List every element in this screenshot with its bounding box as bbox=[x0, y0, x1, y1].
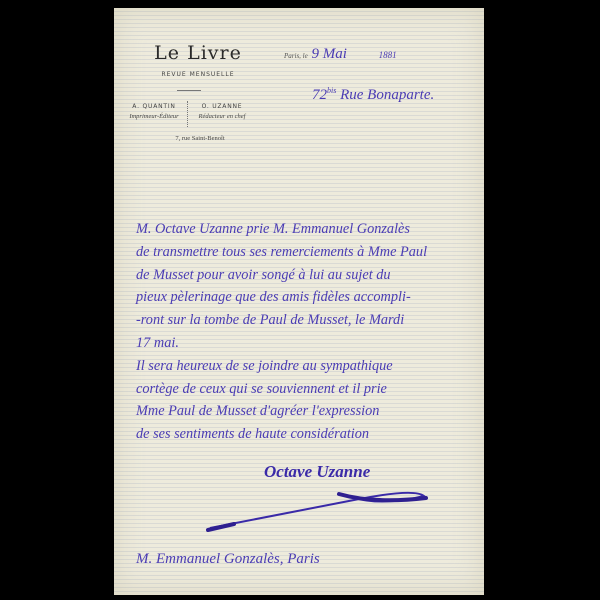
letterhead-address: 7, rue Saint-Benoît bbox=[140, 135, 260, 142]
dateline-prefix: Paris, le bbox=[284, 52, 308, 60]
letterhead-editor: O. UZANNE Rédacteur en chef bbox=[192, 103, 252, 120]
address-suffix: bis bbox=[327, 86, 336, 95]
address-street: Rue Bonaparte. bbox=[340, 87, 434, 103]
body-line: Mme Paul de Musset d'agréer l'expression bbox=[136, 400, 476, 423]
body-line: de ses sentiments de haute considération bbox=[136, 423, 476, 446]
dateline-year: 1881 bbox=[379, 50, 397, 60]
body-line: de transmettre tous ses remerciements à … bbox=[136, 241, 476, 264]
letterhead-subtitle: REVUE MENSUELLE bbox=[138, 71, 258, 78]
publisher-role: Imprimeur-Éditeur bbox=[124, 113, 184, 120]
sender-address: 72bis Rue Bonaparte. bbox=[312, 86, 434, 104]
body-line: M. Octave Uzanne prie M. Emmanuel Gonzal… bbox=[136, 218, 476, 241]
letterhead-publisher: A. QUANTIN Imprimeur-Éditeur bbox=[124, 103, 184, 120]
editor-role: Rédacteur en chef bbox=[192, 113, 252, 120]
dateline: Paris, le 9 Mai 1881 bbox=[284, 46, 397, 63]
body-line: de Musset pour avoir songé à lui au suje… bbox=[136, 264, 476, 287]
letterhead-column-divider bbox=[187, 101, 188, 127]
body-line: 17 mai. bbox=[136, 332, 476, 355]
publisher-name: A. QUANTIN bbox=[124, 103, 184, 110]
letter-paper: Le Livre REVUE MENSUELLE A. QUANTIN Impr… bbox=[114, 8, 484, 595]
body-line: cortège de ceux qui se souviennent et il… bbox=[136, 378, 476, 401]
signature-flourish bbox=[204, 478, 444, 538]
address-number: 72 bbox=[312, 87, 327, 103]
dateline-date: 9 Mai bbox=[311, 46, 346, 62]
letterhead-title: Le Livre bbox=[138, 42, 258, 64]
recipient: M. Emmanuel Gonzalès, Paris bbox=[136, 551, 320, 568]
body-line: Il sera heureux de se joindre au sympath… bbox=[136, 355, 476, 378]
letter-body: M. Octave Uzanne prie M. Emmanuel Gonzal… bbox=[136, 218, 476, 446]
body-line: pieux pèlerinage que des amis fidèles ac… bbox=[136, 286, 476, 309]
body-line: -ront sur la tombe de Paul de Musset, le… bbox=[136, 309, 476, 332]
letterhead-divider bbox=[177, 90, 201, 91]
editor-name: O. UZANNE bbox=[192, 103, 252, 110]
